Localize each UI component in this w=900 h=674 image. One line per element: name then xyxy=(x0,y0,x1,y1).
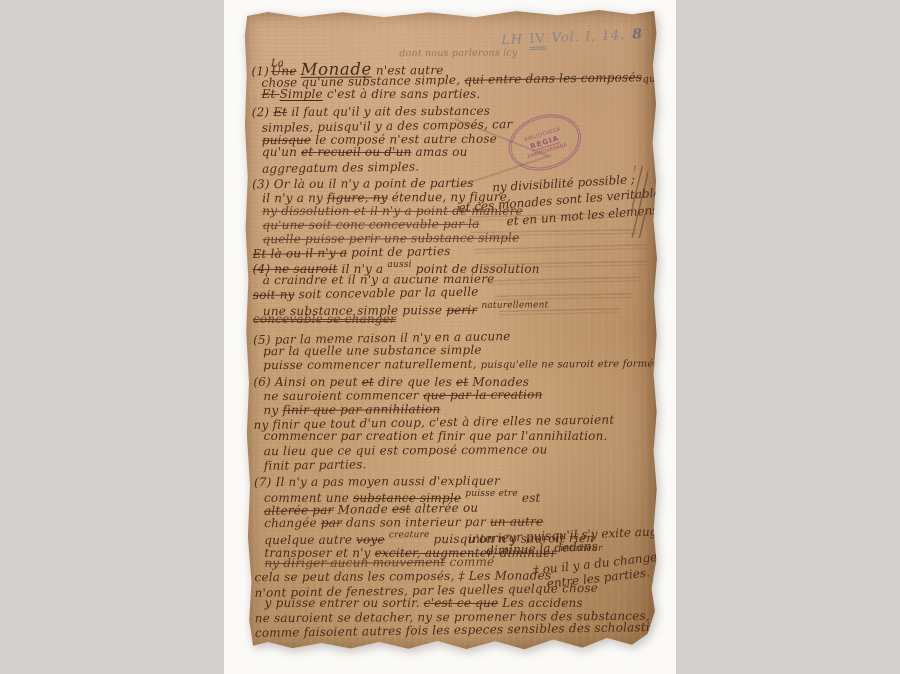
text-segment: (6) Ainsi on peut xyxy=(253,375,361,389)
text-segment: point de parties xyxy=(347,244,451,260)
text-segment: et xyxy=(362,375,374,389)
text-segment: qui entre dans les composés xyxy=(642,65,792,87)
text-segment: Et xyxy=(262,87,280,101)
text-segment: qu'un xyxy=(262,145,301,159)
text-line: puisse commencer naturellement, puisqu'e… xyxy=(253,357,655,373)
text-segment: ny diriger aucun mouvement xyxy=(264,555,445,570)
text-segment: un autre xyxy=(490,514,544,528)
page-background: LHIVVol. I, 14.8 BIBLIOTHECA REGIA HANNO… xyxy=(0,0,900,674)
text-segment: simples, puisqu'il y a des composés, car xyxy=(262,117,513,135)
text-line: commencer par creation et finir que par … xyxy=(254,430,656,444)
text-segment: et recueil ou d'un xyxy=(301,145,411,159)
text-segment: figure, ny xyxy=(327,190,388,204)
text-segment: puisse etre xyxy=(465,489,518,499)
text-segment: Les accidens xyxy=(498,596,583,610)
text-segment: (2) xyxy=(252,105,274,119)
archival-shelfmark-pencil: LHIVVol. I, 14.8 xyxy=(501,26,643,48)
text-segment: alterée par xyxy=(264,503,334,518)
text-segment: dire que les xyxy=(374,375,456,389)
text-segment: cela se peut dans les composés, ‡ xyxy=(254,569,468,584)
text-segment: amas ou xyxy=(412,145,468,159)
text-segment: Simple xyxy=(280,87,323,101)
text-segment: dont nous parlerons icy xyxy=(399,48,517,60)
text-line: y puisse entrer ou sortir. c'est ce que … xyxy=(255,597,657,611)
text-segment: que par la creation xyxy=(423,388,543,403)
text-segment: il n'y a xyxy=(338,262,388,276)
text-segment: soit ny xyxy=(253,287,295,302)
text-segment: (4) ne sauroit xyxy=(253,262,338,276)
marginal-annotations: ny divisibilité possible ;et ces monades… xyxy=(243,8,657,11)
text-segment: Et xyxy=(273,105,287,119)
text-segment: creature xyxy=(389,530,430,540)
text-segment: et xyxy=(456,375,468,389)
paper-shadow-wrap: LHIVVol. I, 14.8 BIBLIOTHECA REGIA HANNO… xyxy=(224,0,676,674)
text-segment: puisse commencer naturellement, xyxy=(263,357,481,372)
text-segment: aussi xyxy=(387,260,411,270)
manuscript-photo: LHIVVol. I, 14.8 BIBLIOTHECA REGIA HANNO… xyxy=(224,0,676,674)
shelfmark-number: 8 xyxy=(632,26,643,42)
manuscript-paper: LHIVVol. I, 14.8 BIBLIOTHECA REGIA HANNO… xyxy=(243,8,661,653)
text-segment: La xyxy=(271,57,284,71)
text-line: (6) Ainsi on peut et dire que les et Mon… xyxy=(253,376,655,390)
text-segment: (5) par la meme raison il n'y en a aucun… xyxy=(253,329,511,347)
text-segment: il n'y a ny xyxy=(262,191,327,205)
text-segment: ne sauroient commencer xyxy=(263,388,423,403)
text-segment: c'est à dire sans parties. xyxy=(323,87,481,101)
text-line: aggregatum des simples. xyxy=(252,157,654,177)
text-segment: ny xyxy=(263,403,282,417)
text-segment: qui entre dans les composés xyxy=(464,70,642,87)
text-segment: (7) Il n'y a pas moyen aussi d'expliquer xyxy=(254,474,500,490)
text-segment: concevable se changer xyxy=(253,312,396,326)
faded-strikethrough-lines xyxy=(243,8,657,11)
text-segment: est xyxy=(392,502,411,516)
text-segment: commencer par creation et finir que par … xyxy=(264,429,608,443)
text-segment: soit concevable par la quelle xyxy=(294,285,478,302)
text-line: concevable se changer xyxy=(253,313,655,327)
text-segment: Monade xyxy=(333,502,392,517)
text-segment: Monades xyxy=(468,375,529,389)
text-segment: alterée ou xyxy=(411,501,479,516)
shelfmark-volume: Vol. I, 14. xyxy=(551,28,625,46)
text-segment: finit par parties. xyxy=(264,458,367,474)
text-segment: c'est ce que xyxy=(424,596,498,610)
text-line: comme faisoient autres fois les especes … xyxy=(255,621,657,641)
text-line: Et Simple c'est à dire sans parties. xyxy=(252,88,654,102)
text-line: finit par parties. xyxy=(254,454,656,474)
text-segment: puisqu'elle ne sauroit etre formée par c… xyxy=(481,358,748,371)
text-segment: aggregatum des simples. xyxy=(262,159,419,175)
text-segment: y puisse entrer ou sortir. xyxy=(265,596,424,610)
